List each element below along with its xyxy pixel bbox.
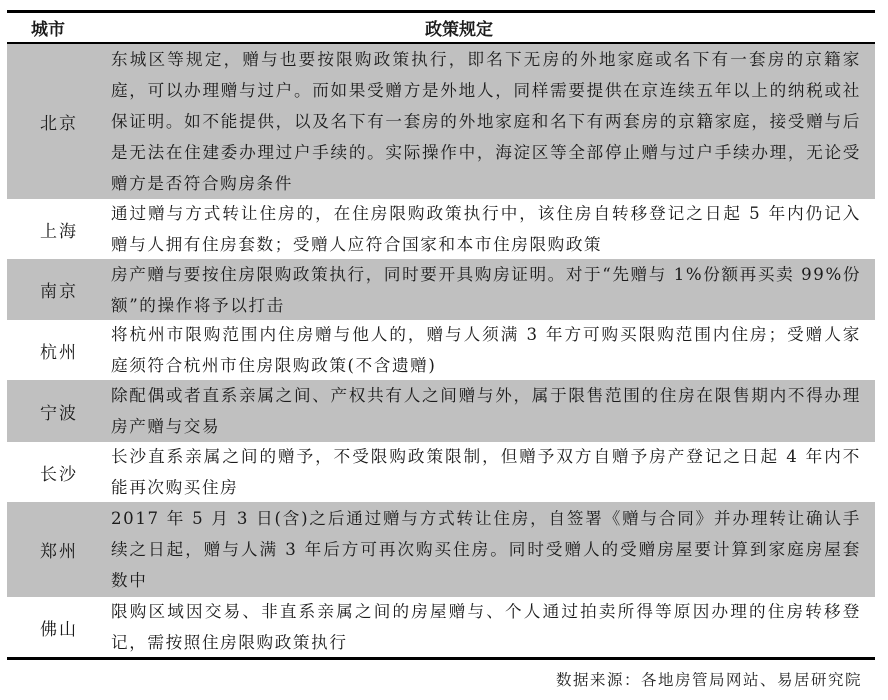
policy-cell: 通过赠与方式转让住房的，在住房限购政策执行中，该住房自转移登记之日起 5 年内仍…: [103, 198, 875, 260]
header-policy: 政策规定: [103, 15, 875, 40]
table-header: 城市 政策规定: [7, 13, 875, 42]
city-cell: 佛山: [7, 615, 103, 640]
source-note: 数据来源：各地房管局网站、易居研究院: [556, 668, 862, 690]
table-row: 宁波 除配偶或者直系亲属之间、产权共有人之间赠与外，属于限售范围的住房在限售期内…: [7, 380, 875, 442]
policy-cell: 除配偶或者直系亲属之间、产权共有人之间赠与外，属于限售范围的住房在限售期内不得办…: [103, 380, 875, 442]
table-row: 佛山 限购区域因交易、非直系亲属之间的房屋赠与、个人通过拍卖所得等原因办理的住房…: [7, 597, 875, 657]
city-cell: 长沙: [7, 460, 103, 485]
table-row: 南京 房产赠与要按住房限购政策执行，同时要开具购房证明。对于“先赠与 1%份额再…: [7, 259, 875, 320]
policy-cell: 将杭州市限购范围内住房赠与他人的，赠与人须满 3 年方可购买限购范围内住房；受赠…: [103, 319, 875, 381]
table-row: 杭州 将杭州市限购范围内住房赠与他人的，赠与人须满 3 年方可购买限购范围内住房…: [7, 320, 875, 380]
policy-cell: 房产赠与要按住房限购政策执行，同时要开具购房证明。对于“先赠与 1%份额再买卖 …: [103, 259, 875, 321]
policy-cell: 2017 年 5 月 3 日(含)之后通过赠与方式转让住房，自签署《赠与合同》并…: [103, 503, 875, 596]
policy-cell: 长沙直系亲属之间的赠予，不受限购政策限制，但赠予双方自赠予房产登记之日起 4 年…: [103, 441, 875, 503]
city-cell: 宁波: [7, 399, 103, 424]
policy-cell: 东城区等规定，赠与也要按限购政策执行，即名下无房的外地家庭或名下有一套房的京籍家…: [103, 44, 875, 199]
table-row: 北京 东城区等规定，赠与也要按限购政策执行，即名下无房的外地家庭或名下有一套房的…: [7, 44, 875, 199]
city-cell: 北京: [7, 109, 103, 134]
header-city: 城市: [7, 15, 103, 40]
city-cell: 杭州: [7, 338, 103, 363]
city-cell: 南京: [7, 277, 103, 302]
city-cell: 郑州: [7, 537, 103, 562]
policy-cell: 限购区域因交易、非直系亲属之间的房屋赠与、个人通过拍卖所得等原因办理的住房转移登…: [103, 596, 875, 658]
table-row: 上海 通过赠与方式转让住房的，在住房限购政策执行中，该住房自转移登记之日起 5 …: [7, 199, 875, 259]
policy-table: 城市 政策规定 北京 东城区等规定，赠与也要按限购政策执行，即名下无房的外地家庭…: [7, 10, 875, 660]
table-row: 郑州 2017 年 5 月 3 日(含)之后通过赠与方式转让住房，自签署《赠与合…: [7, 502, 875, 597]
table-row: 长沙 长沙直系亲属之间的赠予，不受限购政策限制，但赠予双方自赠予房产登记之日起 …: [7, 442, 875, 502]
city-cell: 上海: [7, 217, 103, 242]
